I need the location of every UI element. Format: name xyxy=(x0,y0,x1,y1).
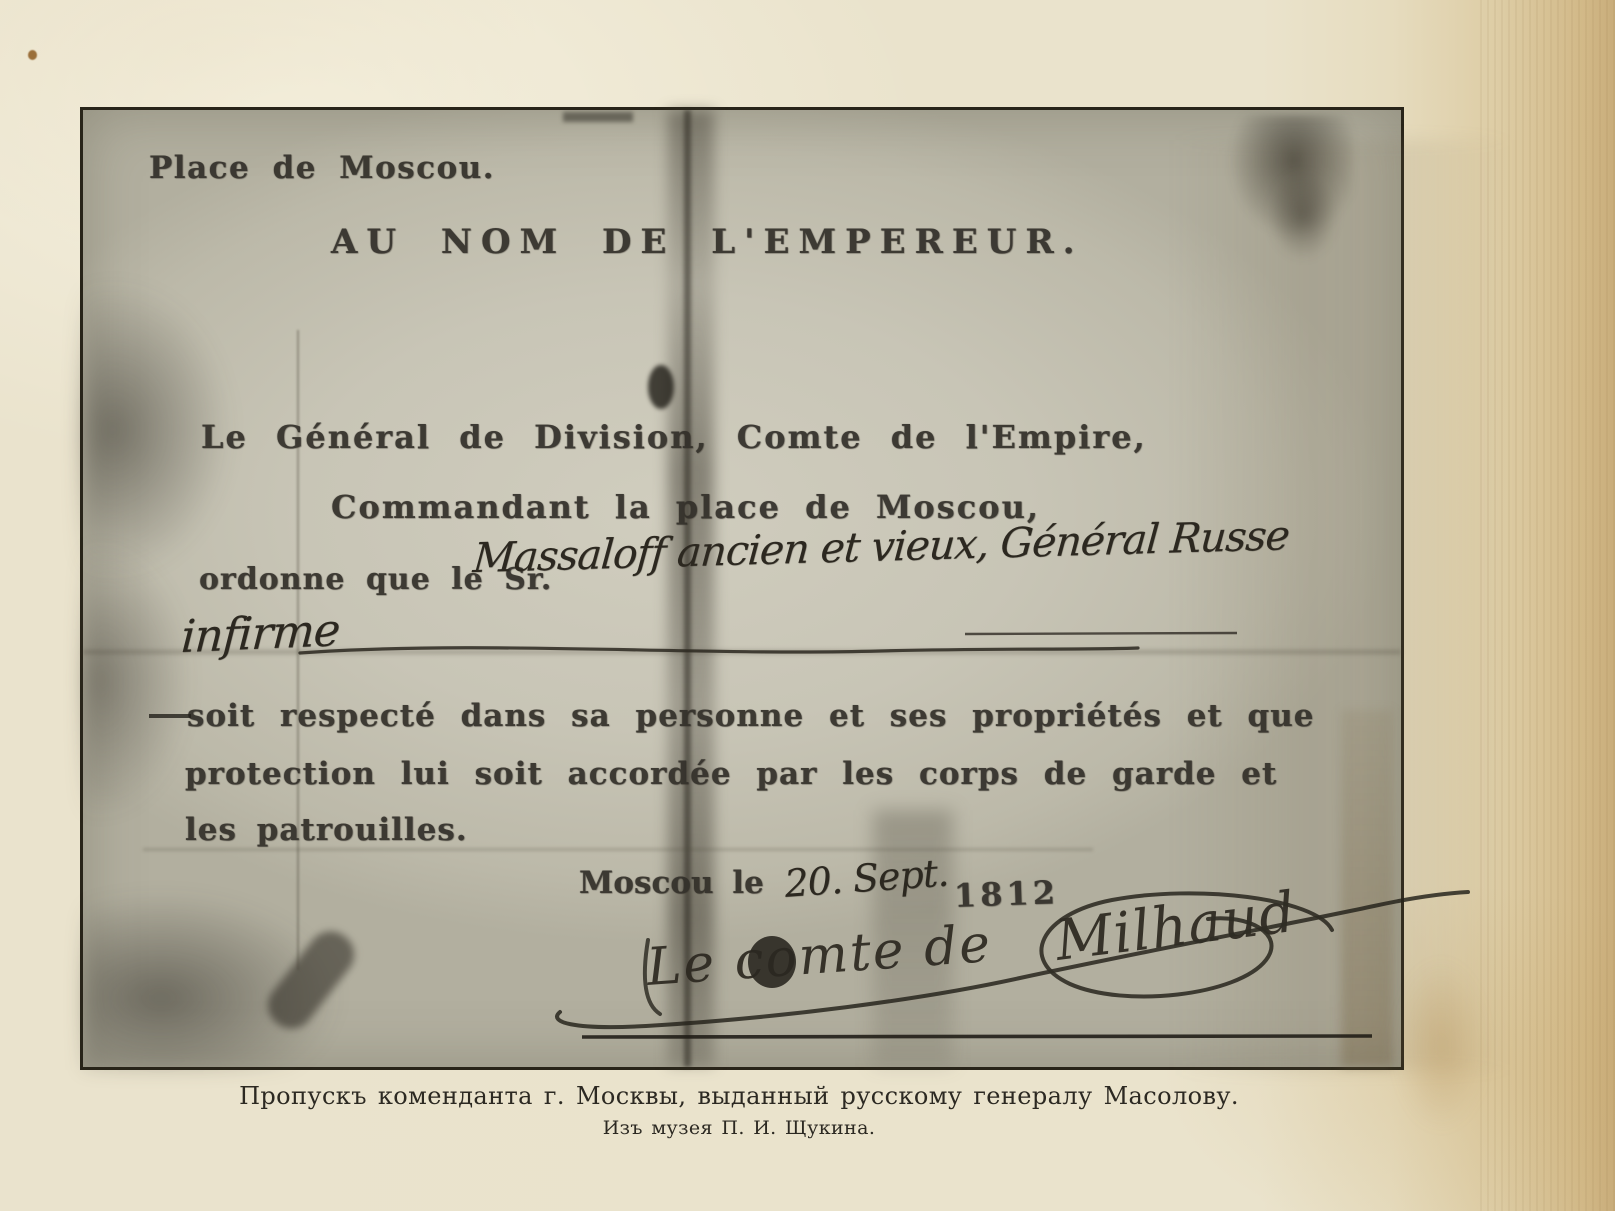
body-line-1: soit respecté dans sa personne et ses pr… xyxy=(187,698,1314,734)
pen-dash xyxy=(149,714,191,718)
stain-band xyxy=(1341,710,1393,1067)
date-handwritten: 20. Sept. xyxy=(783,851,949,906)
issuer-line-1: Le Général de Division, Comte de l'Empir… xyxy=(201,418,1147,456)
date-line: Moscou le 20. Sept. 1812 xyxy=(579,862,1059,913)
ink-blot xyxy=(648,365,674,409)
date-prefix: Moscou le xyxy=(579,865,764,901)
plate-caption-line-1: Пропускъ коменданта г. Москвы, выданный … xyxy=(80,1082,1398,1110)
smudge xyxy=(1223,115,1353,245)
paper-fleck xyxy=(28,50,37,60)
smudge xyxy=(1173,140,1513,1070)
stamp-smudge xyxy=(259,922,363,1037)
body-line-2: protection lui soit accordée par les cor… xyxy=(185,756,1277,792)
plate-caption-line-2: Изъ музея П. И. Щукина. xyxy=(80,1117,1398,1139)
document-heading: AU NOM DE L'EMPEREUR. xyxy=(331,222,1084,262)
smudge xyxy=(1268,170,1338,260)
page-edge-grain xyxy=(1480,0,1615,1211)
document-photo-plate: Place de Moscou. AU NOM DE L'EMPEREUR. L… xyxy=(80,107,1404,1070)
handwritten-infirme: infirme xyxy=(180,603,341,663)
paper-stain xyxy=(1396,960,1486,1130)
smudge xyxy=(83,540,193,820)
smudge xyxy=(873,810,953,1067)
smudge xyxy=(83,890,343,1070)
date-year: 1812 xyxy=(953,873,1059,915)
body-line-3: les patrouilles. xyxy=(185,812,468,848)
crease xyxy=(143,848,1093,851)
place-label: Place de Moscou. xyxy=(149,150,495,186)
speckle xyxy=(563,112,633,122)
book-page: Place de Moscou. AU NOM DE L'EMPEREUR. L… xyxy=(0,0,1615,1211)
